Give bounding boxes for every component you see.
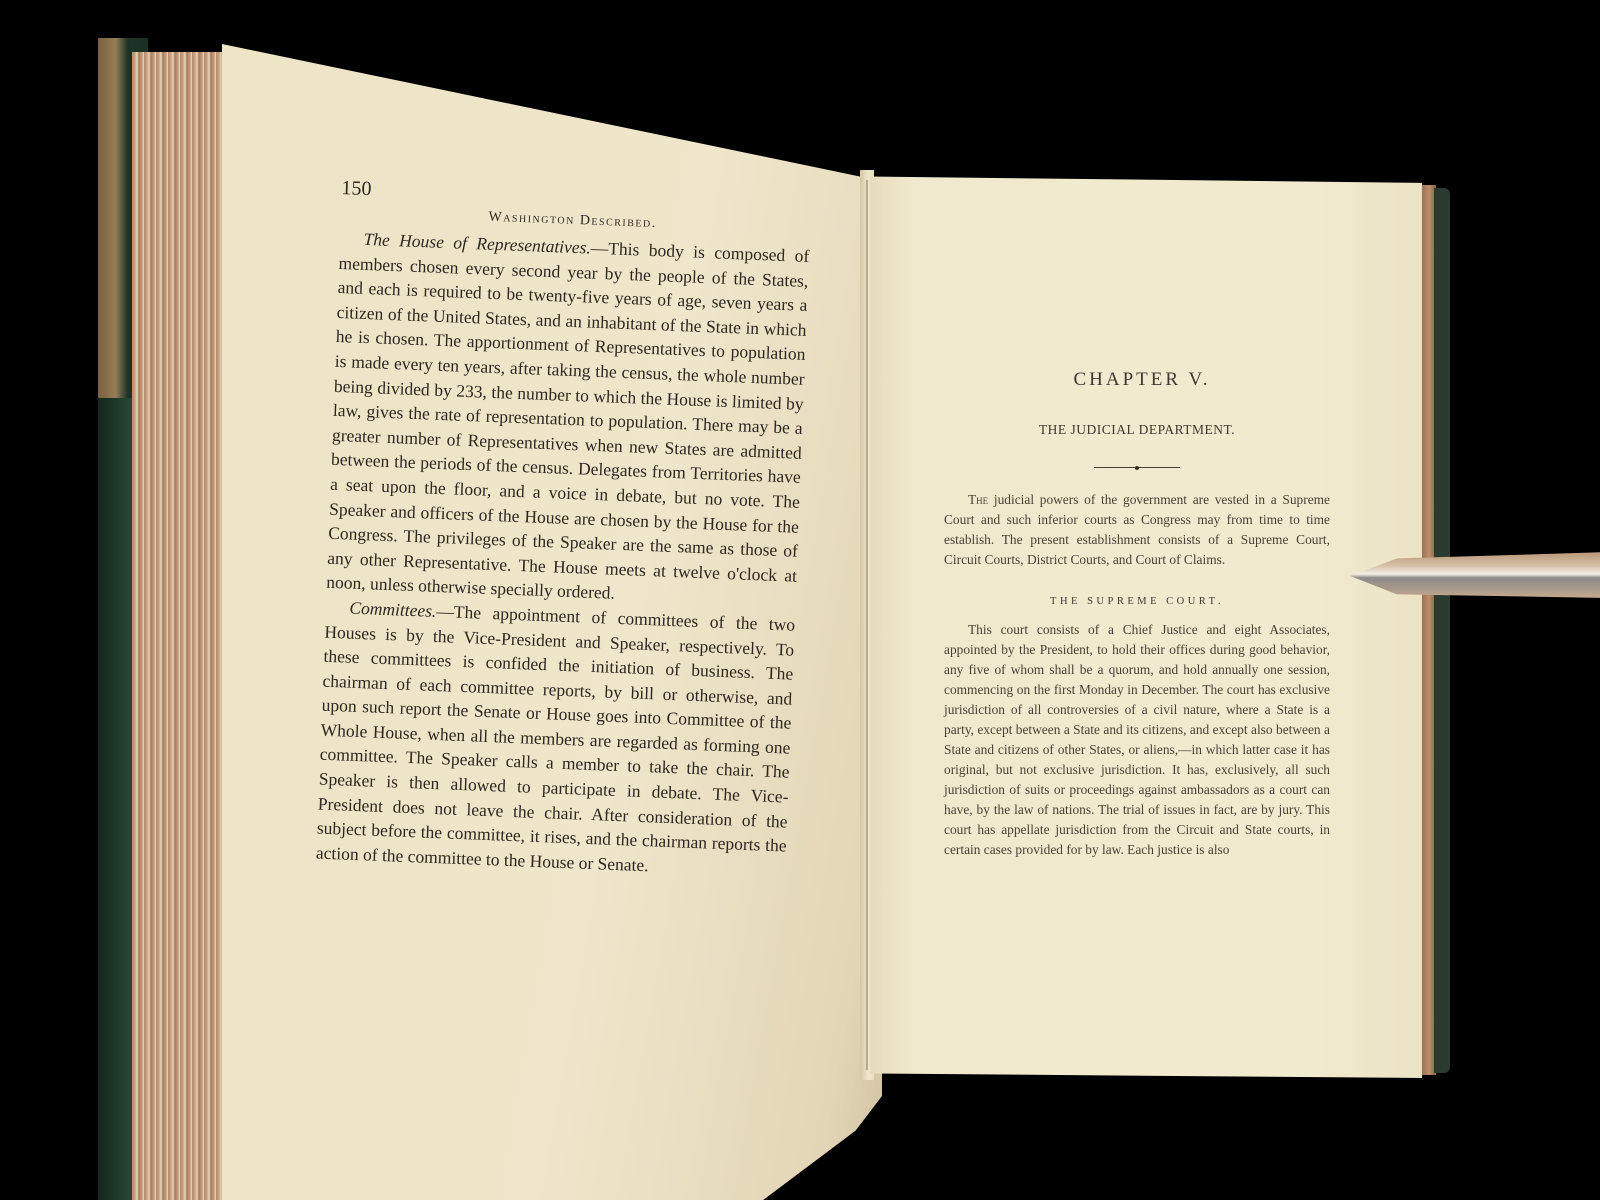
gutter-fold-line [866,180,868,1070]
section-paragraph: This court consists of a Chief Justice a… [944,620,1330,860]
department-title: THE JUDICIAL DEPARTMENT. [944,420,1330,440]
left-page-body: The House of Representatives.—This body … [316,226,810,883]
section-title: THE SUPREME COURT. [944,592,1330,612]
chapter-title: CHAPTER V. [954,370,1330,390]
book-cover-right [1434,188,1450,1073]
paragraph-lead: Committees. [349,598,437,621]
page-edges [132,52,224,1200]
ornament-divider [1094,467,1180,468]
intro-lead: The [968,492,988,507]
paragraph-house: The House of Representatives.—This body … [326,226,810,613]
page-number: 150 [341,176,372,202]
paragraph-committees: Committees.—The appointment of committee… [316,595,796,883]
paragraph-text: —The appointment of committees of the tw… [316,601,796,875]
paragraph-text: —This body is composed of members chosen… [326,238,810,603]
intro-paragraph: The judicial powers of the government ar… [944,490,1330,570]
right-page-text: CHAPTER V. THE JUDICIAL DEPARTMENT. The … [944,370,1330,860]
intro-text: judicial powers of the government are ve… [944,492,1330,567]
